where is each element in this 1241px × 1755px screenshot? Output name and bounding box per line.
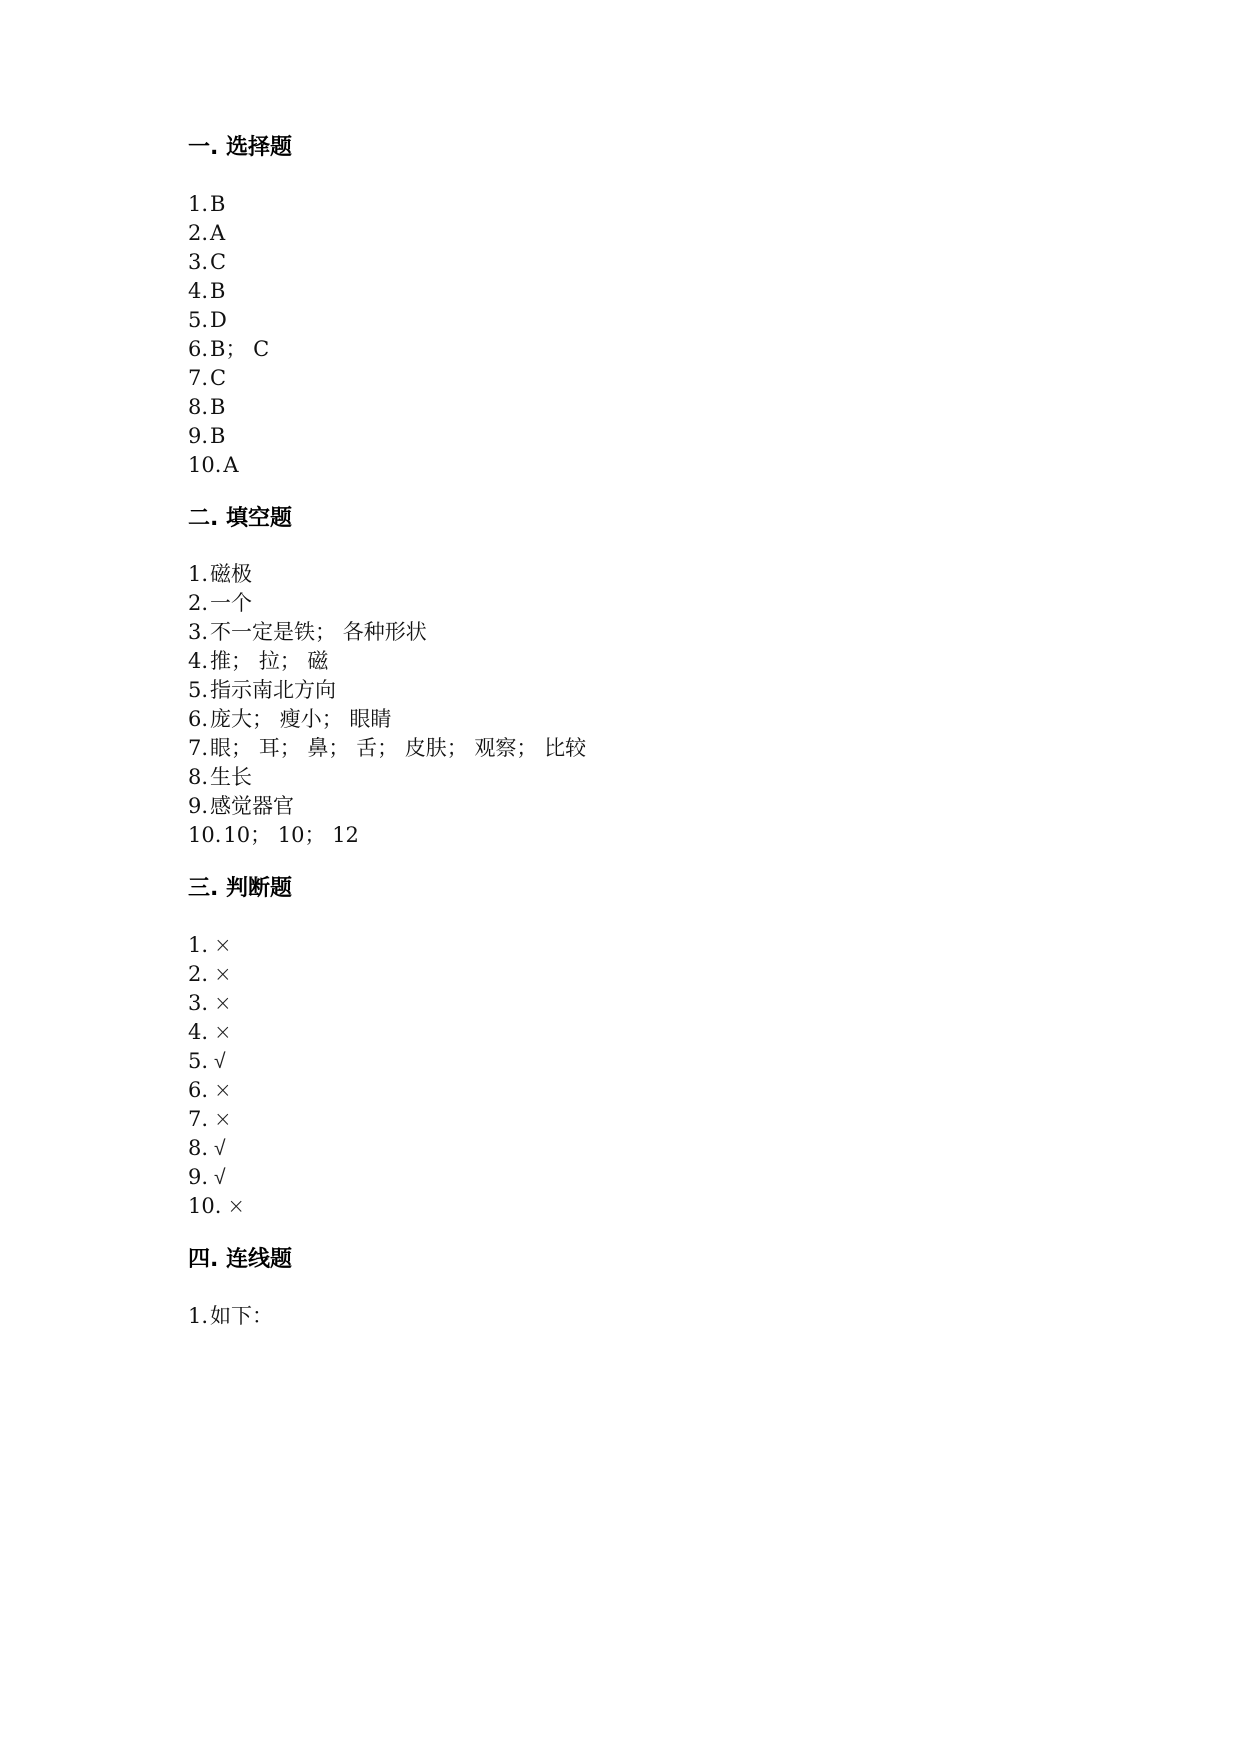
list-item: 3.C <box>188 247 226 277</box>
list-item: 4.× <box>188 1017 232 1047</box>
item-answer: A <box>223 450 238 480</box>
check-mark-icon: √ <box>214 1133 226 1163</box>
cross-mark-icon: × <box>214 959 232 989</box>
item-number: 1. <box>188 559 208 589</box>
list-item: 8.B <box>188 392 225 422</box>
item-answer: 眼； 耳； 鼻； 舌； 皮肤； 观察； 比较 <box>210 733 586 763</box>
check-mark-icon: √ <box>214 1046 226 1076</box>
section-title-multiple-choice: 一. 选择题 <box>188 133 292 163</box>
item-number: 9. <box>188 1162 208 1192</box>
item-number: 3. <box>188 617 208 647</box>
item-number: 1. <box>188 930 208 960</box>
item-number: 5. <box>188 305 208 335</box>
list-item: 8.√ <box>188 1133 226 1163</box>
item-number: 9. <box>188 421 208 451</box>
item-number: 1. <box>188 189 208 219</box>
item-number: 10. <box>188 1191 221 1221</box>
item-number: 2. <box>188 218 208 248</box>
item-answer: 不一定是铁； 各种形状 <box>210 617 427 647</box>
list-item: 5.√ <box>188 1046 226 1076</box>
item-answer: 一个 <box>210 588 252 618</box>
list-item: 4.推； 拉； 磁 <box>188 646 328 676</box>
item-answer: 感觉器官 <box>210 791 294 821</box>
list-item: 2.× <box>188 959 232 989</box>
item-number: 2. <box>188 959 208 989</box>
item-number: 1. <box>188 1301 208 1331</box>
cross-mark-icon: × <box>214 930 232 960</box>
item-number: 5. <box>188 675 208 705</box>
list-item: 9.√ <box>188 1162 226 1192</box>
item-number: 3. <box>188 247 208 277</box>
item-number: 4. <box>188 1017 208 1047</box>
section-title-true-false: 三. 判断题 <box>188 874 292 904</box>
section-title-matching: 四. 连线题 <box>188 1245 292 1275</box>
list-item: 2.一个 <box>188 588 252 618</box>
item-number: 3. <box>188 988 208 1018</box>
list-item: 9.B <box>188 421 225 451</box>
list-item: 6.B； C <box>188 334 269 364</box>
section-title-fill-in-blank: 二. 填空题 <box>188 504 292 534</box>
item-number: 6. <box>188 704 208 734</box>
list-item: 5.D <box>188 305 227 335</box>
cross-mark-icon: × <box>214 1075 232 1105</box>
item-answer: C <box>210 247 226 277</box>
item-answer: 如下： <box>210 1301 273 1331</box>
item-answer: B <box>210 189 225 219</box>
item-number: 7. <box>188 363 208 393</box>
item-number: 7. <box>188 733 208 763</box>
list-item: 7.眼； 耳； 鼻； 舌； 皮肤； 观察； 比较 <box>188 733 586 763</box>
list-item: 10.× <box>188 1191 245 1221</box>
cross-mark-icon: × <box>214 1017 232 1047</box>
item-answer: 生长 <box>210 762 252 792</box>
list-item: 7.C <box>188 363 226 393</box>
list-item: 4.B <box>188 276 225 306</box>
item-answer: C <box>210 363 226 393</box>
list-item: 10.10； 10； 12 <box>188 820 359 850</box>
list-item: 1.如下： <box>188 1301 273 1331</box>
list-item: 1.B <box>188 189 225 219</box>
list-item: 10.A <box>188 450 239 480</box>
item-answer: B <box>210 421 225 451</box>
list-item: 7.× <box>188 1104 232 1134</box>
item-number: 8. <box>188 762 208 792</box>
list-item: 9.感觉器官 <box>188 791 294 821</box>
item-number: 6. <box>188 334 208 364</box>
item-number: 6. <box>188 1075 208 1105</box>
list-item: 6.× <box>188 1075 232 1105</box>
item-number: 10. <box>188 820 221 850</box>
cross-mark-icon: × <box>227 1191 245 1221</box>
item-number: 8. <box>188 392 208 422</box>
list-item: 1.× <box>188 930 232 960</box>
item-answer: 磁极 <box>210 559 252 589</box>
item-number: 4. <box>188 646 208 676</box>
list-item: 5.指示南北方向 <box>188 675 336 705</box>
item-answer: 庞大； 瘦小； 眼睛 <box>210 704 391 734</box>
item-number: 5. <box>188 1046 208 1076</box>
item-number: 9. <box>188 791 208 821</box>
item-number: 7. <box>188 1104 208 1134</box>
item-answer: D <box>210 305 227 335</box>
item-answer: B <box>210 276 225 306</box>
cross-mark-icon: × <box>214 1104 232 1134</box>
list-item: 3.× <box>188 988 232 1018</box>
item-answer: B； C <box>210 334 269 364</box>
item-answer: B <box>210 392 225 422</box>
check-mark-icon: √ <box>214 1162 226 1192</box>
item-answer: A <box>210 218 225 248</box>
list-item: 1.磁极 <box>188 559 252 589</box>
item-answer: 推； 拉； 磁 <box>210 646 328 676</box>
item-number: 4. <box>188 276 208 306</box>
list-item: 2.A <box>188 218 225 248</box>
list-item: 8.生长 <box>188 762 252 792</box>
item-number: 2. <box>188 588 208 618</box>
item-number: 10. <box>188 450 221 480</box>
item-answer: 指示南北方向 <box>210 675 336 705</box>
cross-mark-icon: × <box>214 988 232 1018</box>
list-item: 6.庞大； 瘦小； 眼睛 <box>188 704 391 734</box>
list-item: 3.不一定是铁； 各种形状 <box>188 617 427 647</box>
item-number: 8. <box>188 1133 208 1163</box>
item-answer: 10； 10； 12 <box>223 820 359 850</box>
